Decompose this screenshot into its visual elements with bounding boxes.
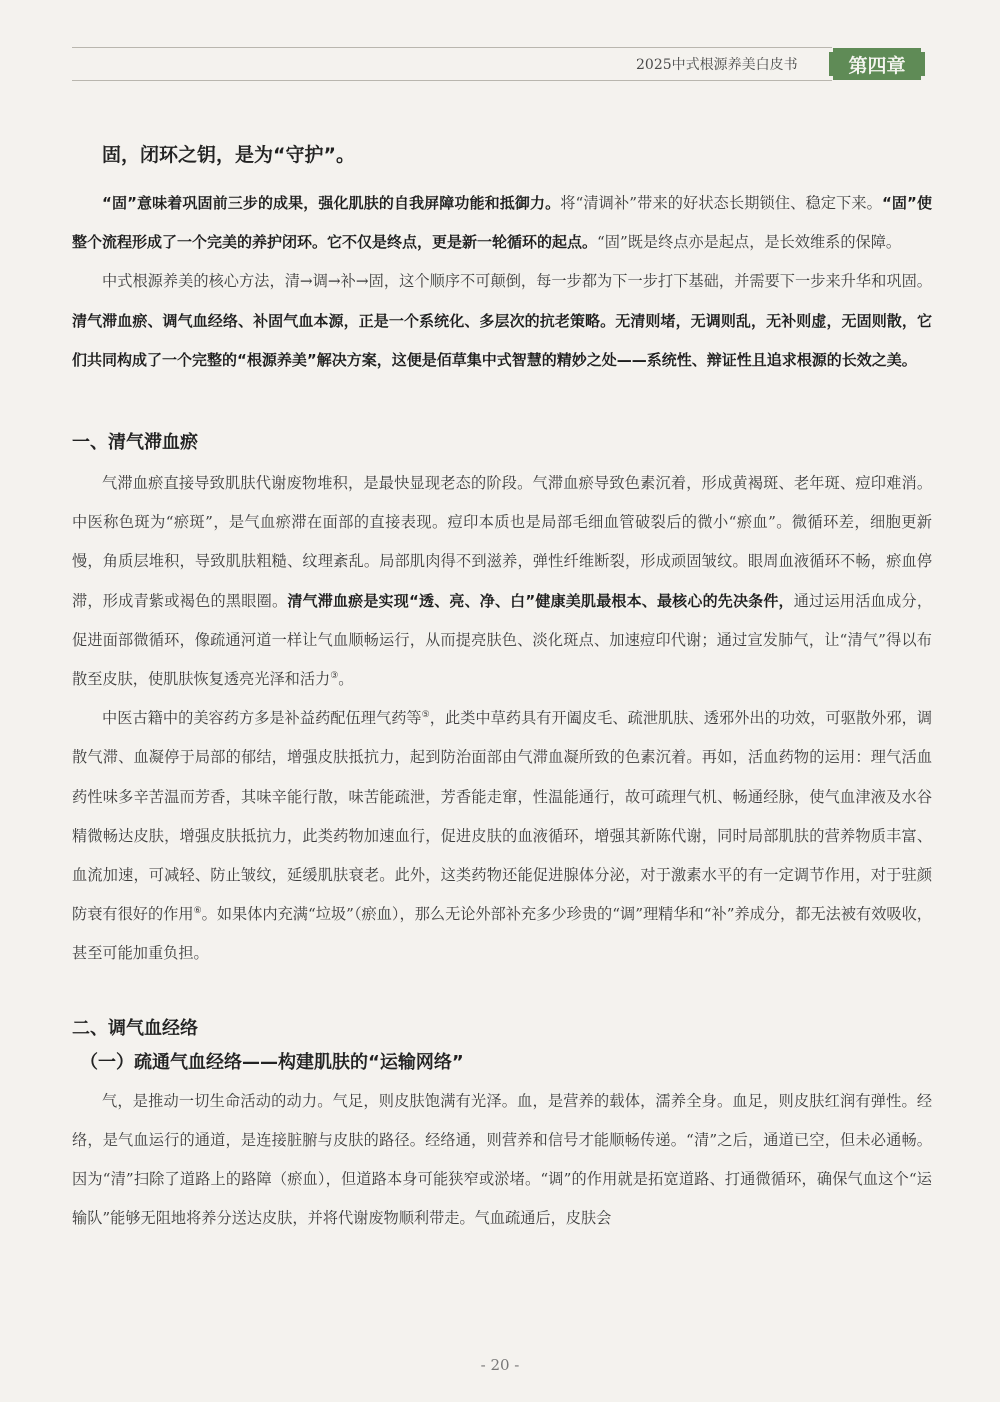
paragraph-qi-stagnation: 气滞血瘀直接导致肌肤代谢废物堆积，是最快显现老态的阶段。气滞血瘀导致色素沉着，形… xyxy=(72,464,932,699)
header-rule-bottom xyxy=(72,80,832,81)
paragraph-qi-blood-meridians: 气，是推动一切生命活动的动力。气足，则皮肤饱满有光泽。血，是营养的载体，濡养全身… xyxy=(72,1082,932,1239)
footnote-ref[interactable]: ⑤ xyxy=(422,710,430,720)
paragraph-core-method: 中式根源养美的核心方法，清→调→补→固，这个顺序不可颠倒，每一步都为下一步打下基… xyxy=(72,262,932,380)
section-title-2: 二、调气血经络 xyxy=(72,1014,932,1044)
paragraph-tcm-classics: 中医古籍中的美容药方多是补益药配伍理气药等⑤，此类中草药具有开阖皮毛、疏泄肌肤、… xyxy=(72,699,932,973)
page-number: - 20 - xyxy=(0,1356,1000,1374)
subsection-title: （一）疏通气血经络——构建肌肤的“运输网络” xyxy=(80,1048,932,1078)
bold-text: 清气滞血瘀、调气血经络、补固气血本源，正是一个系统化、多层次的抗老策略。无清则堵… xyxy=(72,312,932,369)
footnote-ref[interactable]: ⑥ xyxy=(194,906,202,916)
document-title: 2025中式根源养美白皮书 xyxy=(636,54,816,74)
page-content: 固，闭环之钥，是为“守护”。 “固”意味着巩固前三步的成果，强化肌肤的自我屏障功… xyxy=(72,140,932,1238)
header-rule-top xyxy=(72,47,832,48)
bold-text: “固”意味着巩固前三步的成果，强化肌肤的自我屏障功能和抵御力。 xyxy=(102,194,560,212)
bold-text: 清气滞血瘀是实现“透、亮、净、白”健康美肌最根本、最核心的先决条件， xyxy=(287,592,793,610)
chapter-badge: 第四章 xyxy=(829,48,925,80)
paragraph-gu-intro: “固”意味着巩固前三步的成果，强化肌肤的自我屏障功能和抵御力。将“清调补”带来的… xyxy=(72,184,932,262)
key-heading: 固，闭环之钥，是为“守护”。 xyxy=(102,140,932,170)
section-title-1: 一、清气滞血瘀 xyxy=(72,428,932,458)
